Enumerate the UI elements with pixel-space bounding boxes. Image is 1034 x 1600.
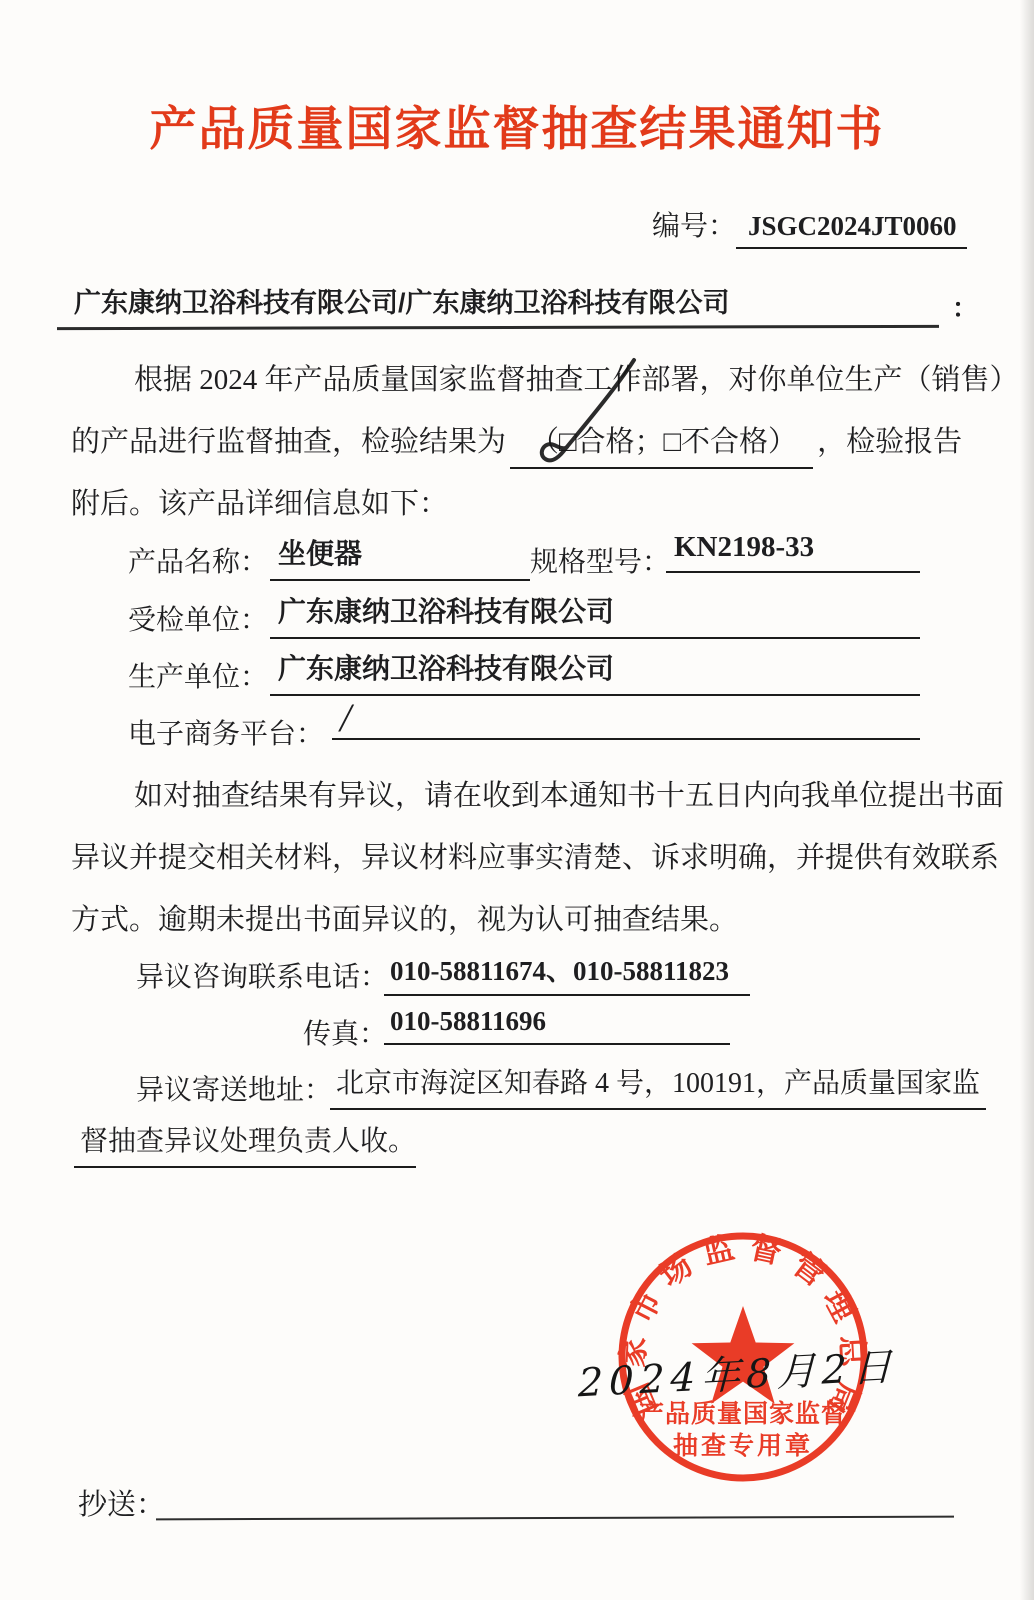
phone-value: 010-58811674、010-58811823	[384, 949, 750, 996]
addressee-colon: ：	[952, 288, 978, 325]
para2-line1: 如对抽查结果有异议，请在收到本通知书十五日内向我单位提出书面	[134, 778, 1004, 814]
model-value: KN2198-33	[666, 531, 920, 573]
addressee-underline	[57, 325, 939, 330]
para1-line2-prefix: 的产品进行监督抽查，检验结果为	[71, 424, 506, 460]
fax-label: 传真：	[303, 1012, 387, 1052]
address-value-line2: 督抽查异议处理负责人收。	[74, 1119, 416, 1168]
ecommerce-value: /	[332, 700, 920, 740]
addressee-company: 广东康纳卫浴科技有限公司/广东康纳卫浴科技有限公司	[74, 281, 730, 320]
doc-number-value: JSGC2024JT0060	[736, 211, 967, 249]
scan-edge-shadow	[1020, 0, 1034, 1600]
ecommerce-label: 电子商务平台：	[128, 712, 324, 752]
address-label: 异议寄送地址：	[136, 1068, 332, 1108]
address-value-line1: 北京市海淀区知春路 4 号，100191，产品质量国家监	[330, 1061, 986, 1110]
doc-number-label: 编号：	[652, 204, 736, 244]
cc-label: 抄送：	[78, 1482, 165, 1523]
para2-line2: 异议并提交相关材料，异议材料应事实清楚、诉求明确，并提供有效联系	[71, 840, 999, 876]
doc-number-row: 编号： JSGC2024JT0060	[652, 204, 967, 249]
para1-line2: 的产品进行监督抽查，检验结果为 （□合格；□不合格） ，检验报告	[71, 424, 962, 469]
product-name-value: 坐便器	[270, 532, 530, 581]
producer-unit-value: 广东康纳卫浴科技有限公司	[270, 647, 920, 696]
para2-line3: 方式。逾期未提出书面异议的，视为认可抽查结果。	[71, 902, 738, 938]
model-label: 规格型号：	[530, 540, 670, 580]
producer-unit-label: 生产单位：	[128, 655, 268, 695]
handwritten-checkmark	[528, 354, 650, 476]
stamp-bottom-line2: 抽查专用章	[673, 1431, 813, 1460]
inspected-unit-value: 广东康纳卫浴科技有限公司	[270, 590, 920, 639]
phone-label: 异议咨询联系电话：	[136, 955, 388, 995]
para1-line3: 附后。该产品详细信息如下：	[71, 486, 448, 522]
page-title: 产品质量国家监督抽查结果通知书	[0, 92, 1034, 159]
cc-underline	[156, 1516, 954, 1521]
scanned-document-page: 产品质量国家监督抽查结果通知书 编号： JSGC2024JT0060 广东康纳卫…	[0, 0, 1034, 1600]
product-name-label: 产品名称：	[128, 540, 268, 580]
fax-value: 010-58811696	[384, 1006, 730, 1045]
para1-line2-suffix: ，检验报告	[817, 424, 962, 460]
inspected-unit-label: 受检单位：	[128, 598, 268, 638]
